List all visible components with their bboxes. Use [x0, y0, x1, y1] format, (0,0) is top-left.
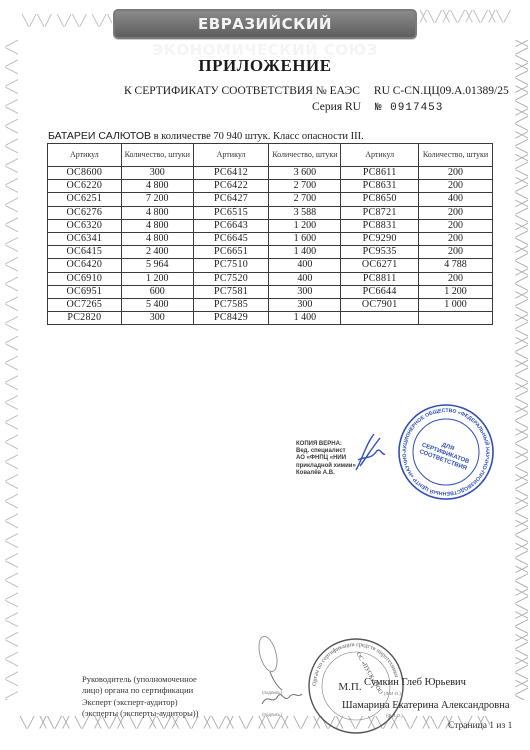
article-cell: PC6515: [193, 206, 269, 219]
table-row: OC64205 964PC7510400OC62714 788: [48, 259, 493, 272]
table-row: OC6951600PC7581300PC66441 200: [48, 285, 493, 298]
article-cell: OC7265: [48, 298, 122, 311]
quantity-cell: 300: [269, 285, 341, 298]
article-cell: PC7520: [193, 272, 269, 285]
col-header-quantity: Количество, штуки: [121, 144, 193, 167]
article-cell: PC6412: [193, 167, 269, 180]
blue-signature-icon: [352, 430, 386, 476]
quantity-cell: 1 000: [419, 298, 493, 311]
article-cell: OC6910: [48, 272, 122, 285]
head-full-name: Сумкин Глеб Юрьевич: [364, 677, 466, 688]
article-cell: PC8611: [341, 167, 419, 180]
article-cell: PC9290: [341, 232, 419, 245]
article-cell: PC6427: [193, 193, 269, 206]
table-row: OC72655 400PC7585300OC79011 000: [48, 298, 493, 311]
article-cell: OC6220: [48, 180, 122, 193]
quantity-cell: 2 700: [269, 193, 341, 206]
article-cell: PC6651: [193, 246, 269, 259]
expert-label: Эксперт (эксперт-аудитор) (эксперты (экс…: [82, 697, 198, 719]
table-row: OC63204 800PC66431 200PC8831200: [48, 219, 493, 232]
table-row: OC62204 800PC64222 700PC8631200: [48, 180, 493, 193]
article-cell: PC6643: [193, 219, 269, 232]
fio-caption: (Ф.И.О.): [386, 713, 403, 718]
article-cell: OC6341: [48, 232, 122, 245]
quantity-cell: [419, 312, 493, 325]
quantity-cell: 1 200: [121, 272, 193, 285]
quantity-cell: 2 700: [269, 180, 341, 193]
signature-caption: (подпись): [262, 690, 282, 695]
quantity-cell: 400: [419, 193, 493, 206]
quantity-cell: 1 400: [269, 246, 341, 259]
quantity-cell: 200: [419, 206, 493, 219]
article-cell: PC8631: [341, 180, 419, 193]
quantity-cell: 400: [269, 272, 341, 285]
quantity-cell: 300: [121, 167, 193, 180]
article-cell: PC8650: [341, 193, 419, 206]
col-header-article: Артикул: [341, 144, 419, 167]
quantity-cell: 400: [269, 259, 341, 272]
article-cell: PC8429: [193, 312, 269, 325]
col-header-article: Артикул: [193, 144, 269, 167]
quantity-cell: 4 788: [419, 259, 493, 272]
signature-icon: [252, 632, 312, 712]
quantity-cell: 1 600: [269, 232, 341, 245]
article-cell: PC7585: [193, 298, 269, 311]
table-row: PC2820300PC84291 400: [48, 312, 493, 325]
certificate-line: К СЕРТИФИКАТУ СООТВЕТСТВИЯ № ЕАЭСRU С-CN…: [124, 85, 509, 97]
expert-full-name: Шамарина Екатерина Александровна: [342, 700, 510, 711]
document-title: ПРИЛОЖЕНИЕ: [0, 56, 530, 76]
article-cell: PC6422: [193, 180, 269, 193]
quantity-cell: 4 800: [121, 206, 193, 219]
quantity-cell: 200: [419, 246, 493, 259]
table-row: OC62517 200PC64272 700PC8650400: [48, 193, 493, 206]
quantity-cell: 200: [419, 180, 493, 193]
quantity-cell: 1 200: [419, 285, 493, 298]
quantity-cell: 200: [419, 232, 493, 245]
border-ornament-top-left: ╲╱╲╱ ╲╱╲╱ ╲╱╲╱ ╲╱: [22, 14, 112, 28]
items-table: Артикул Количество, штуки Артикул Количе…: [47, 143, 493, 325]
col-header-quantity: Количество, штуки: [419, 144, 493, 167]
product-caption: БАТАРЕИ САЛЮТОВ в количестве 70 940 штук…: [48, 130, 364, 142]
article-cell: PC8831: [341, 219, 419, 232]
article-cell: PC8721: [341, 206, 419, 219]
article-cell: OC6271: [341, 259, 419, 272]
quantity-cell: 300: [269, 298, 341, 311]
product-name: БАТАРЕИ САЛЮТОВ: [48, 130, 151, 142]
article-cell: OC6320: [48, 219, 122, 232]
quantity-cell: 600: [121, 285, 193, 298]
article-cell: OC6415: [48, 246, 122, 259]
fio-caption: (Ф.И.О.): [384, 691, 401, 696]
table-header-row: Артикул Количество, штуки Артикул Количе…: [48, 144, 493, 167]
quantity-cell: 5 400: [121, 298, 193, 311]
article-cell: PC6645: [193, 232, 269, 245]
border-ornament-top-right: ╳╲╱╳╲╱╳╲╱╳╲╱: [420, 10, 520, 24]
article-cell: PC9535: [341, 246, 419, 259]
copy-note-line: АО «ФНПЦ «НИИ: [296, 455, 356, 462]
quantity-cell: 200: [419, 219, 493, 232]
col-header-quantity: Количество, штуки: [269, 144, 341, 167]
quantity-cell: 1 400: [269, 312, 341, 325]
quantity-cell: 3 600: [269, 167, 341, 180]
article-cell: [341, 312, 419, 325]
table-row: OC8600300PC64123 600PC8611200: [48, 167, 493, 180]
col-header-article: Артикул: [48, 144, 122, 167]
copy-certified-note: КОПИЯ ВЕРНА: Вед. специалист АО «ФНПЦ «Н…: [296, 441, 356, 477]
certificate-label: К СЕРТИФИКАТУ СООТВЕТСТВИЯ № ЕАЭС: [124, 85, 360, 97]
quantity-cell: 200: [419, 167, 493, 180]
blue-organization-stamp-icon: АКЦИОНЕРНОЕ ОБЩЕСТВО «ФЕДЕРАЛЬНЫЙ НАУЧНО…: [396, 402, 496, 502]
series-line: Серия RU№ 0917453: [312, 101, 443, 114]
quantity-cell: 5 964: [121, 259, 193, 272]
certificate-number: RU С-CN.ЦЦ09.А.01389/25: [374, 85, 509, 97]
quantity-cell: 3 588: [269, 206, 341, 219]
article-cell: PC7581: [193, 285, 269, 298]
article-cell: OC6951: [48, 285, 122, 298]
border-ornament-right: ╳╲╱╳╲╱╳╲╱╳╲╱╳╲╱╳╲╱╳╲╱╳╲╱╳╲╱╳╲╱╳╲╱╳╲╱╳╲╱╳…: [510, 40, 528, 700]
table-row: OC62764 800PC65153 588PC8721200: [48, 206, 493, 219]
page-number: Страница 1 из 1: [448, 721, 512, 731]
table-row: OC64152 400PC66511 400PC9535200: [48, 246, 493, 259]
svg-text:М.П.: М.П.: [338, 681, 361, 693]
copy-note-line: Вед. специалист: [296, 448, 356, 455]
quantity-cell: 4 800: [121, 180, 193, 193]
copy-note-line: прикладной химии»: [296, 463, 356, 470]
article-cell: PC8811: [341, 272, 419, 285]
quantity-cell: 300: [121, 312, 193, 325]
quantity-cell: 200: [419, 272, 493, 285]
table-row: OC69101 200PC7520400PC8811200: [48, 272, 493, 285]
article-cell: PC2820: [48, 312, 122, 325]
series-label: Серия RU: [312, 101, 361, 113]
table-row: OC63414 800PC66451 600PC9290200: [48, 232, 493, 245]
signature-caption: (подпись): [262, 712, 282, 717]
copy-note-line: Ковалёв А.В.: [296, 470, 356, 477]
copy-note-line: КОПИЯ ВЕРНА:: [296, 441, 356, 448]
table-body: OC8600300PC64123 600PC8611200OC62204 800…: [48, 167, 493, 325]
head-of-body-label: Руководитель (уполномоченное лицо) орган…: [82, 674, 197, 696]
article-cell: OC6420: [48, 259, 122, 272]
product-quantity-text: в количестве 70 940 штук. Класс опасност…: [154, 131, 364, 142]
article-cell: PC6644: [341, 285, 419, 298]
article-cell: OC7901: [341, 298, 419, 311]
border-ornament-left: ╲╱ ╲╱ ╲╱ ╲╱ ╲╱ ╲╱ ╲╱ ╲╱ ╲╱ ╲╱ ╲╱ ╲╱ ╲╱ ╲…: [2, 40, 18, 700]
quantity-cell: 1 200: [269, 219, 341, 232]
quantity-cell: 7 200: [121, 193, 193, 206]
article-cell: OC8600: [48, 167, 122, 180]
series-number: № 0917453: [375, 102, 443, 114]
article-cell: PC7510: [193, 259, 269, 272]
quantity-cell: 4 800: [121, 219, 193, 232]
article-cell: OC6251: [48, 193, 122, 206]
eaeu-banner: ЕВРАЗИЙСКИЙ ЭКОНОМИЧЕСКИЙ СОЮЗ: [113, 9, 417, 39]
quantity-cell: 2 400: [121, 246, 193, 259]
quantity-cell: 4 800: [121, 232, 193, 245]
article-cell: OC6276: [48, 206, 122, 219]
